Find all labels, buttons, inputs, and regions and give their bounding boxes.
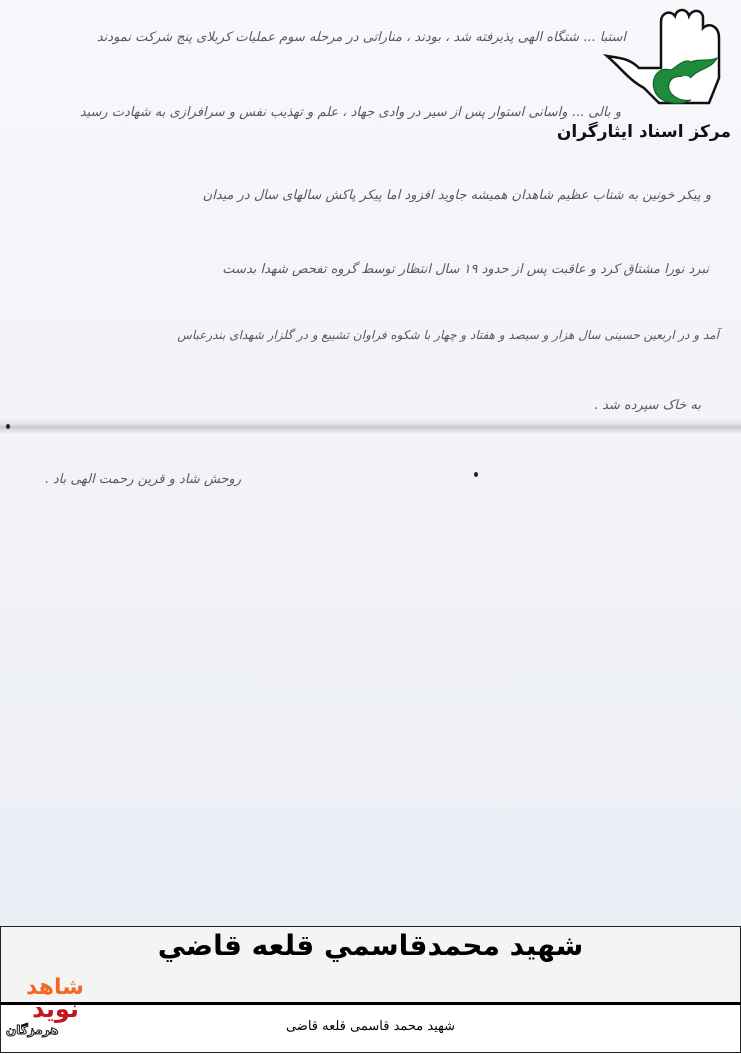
handwritten-line-6: به خاک سپرده شد . [594, 398, 701, 413]
logo-word-hormozgan: هرمزگان [6, 1023, 58, 1037]
closing-prayer: روحش شاد و قرین رحمت الهی باد . [45, 472, 241, 487]
ink-dot [474, 472, 478, 477]
title-bar: شهيد محمدقاسمي قلعه قاضي [0, 926, 741, 1004]
martyr-name-caption: شهید محمد قاسمی قلعه قاضی [1, 1019, 740, 1034]
logo-caption: مرکز اسناد ایثارگران [557, 122, 731, 142]
ink-dot [6, 424, 10, 429]
logo-word-navid: نوید [32, 995, 79, 1023]
martyr-name-title: شهيد محمدقاسمي قلعه قاضي [1, 929, 740, 962]
isargaran-documents-center-logo: مرکز اسناد ایثارگران [599, 8, 737, 148]
handwritten-line-5: آمد و در اربعین حسینی سال هزار و سیصد و … [177, 328, 719, 342]
navid-shahed-hormozgan-logo: شاهد نوید هرمزگان [6, 975, 102, 1047]
caption-bar: شهید محمد قاسمی قلعه قاضی [0, 1005, 741, 1053]
handwritten-line-2: و بالی ... واسانی استوار پس از سیر در وا… [80, 105, 621, 120]
scanned-document-page: استبا ... شتگاه الهی پذیرفته شد ، بودند … [0, 0, 741, 926]
hand-dove-icon [599, 8, 737, 118]
handwritten-line-3: و پیکر خونین به شتاب عظیم شاهدان همیشه ج… [203, 188, 711, 203]
handwritten-line-4: نبرد نورا مشتاق کرد و عاقبت پس از حدود ۱… [222, 262, 709, 277]
handwritten-line-1: استبا ... شتگاه الهی پذیرفته شد ، بودند … [97, 30, 626, 45]
paper-fold-shadow [0, 418, 741, 434]
